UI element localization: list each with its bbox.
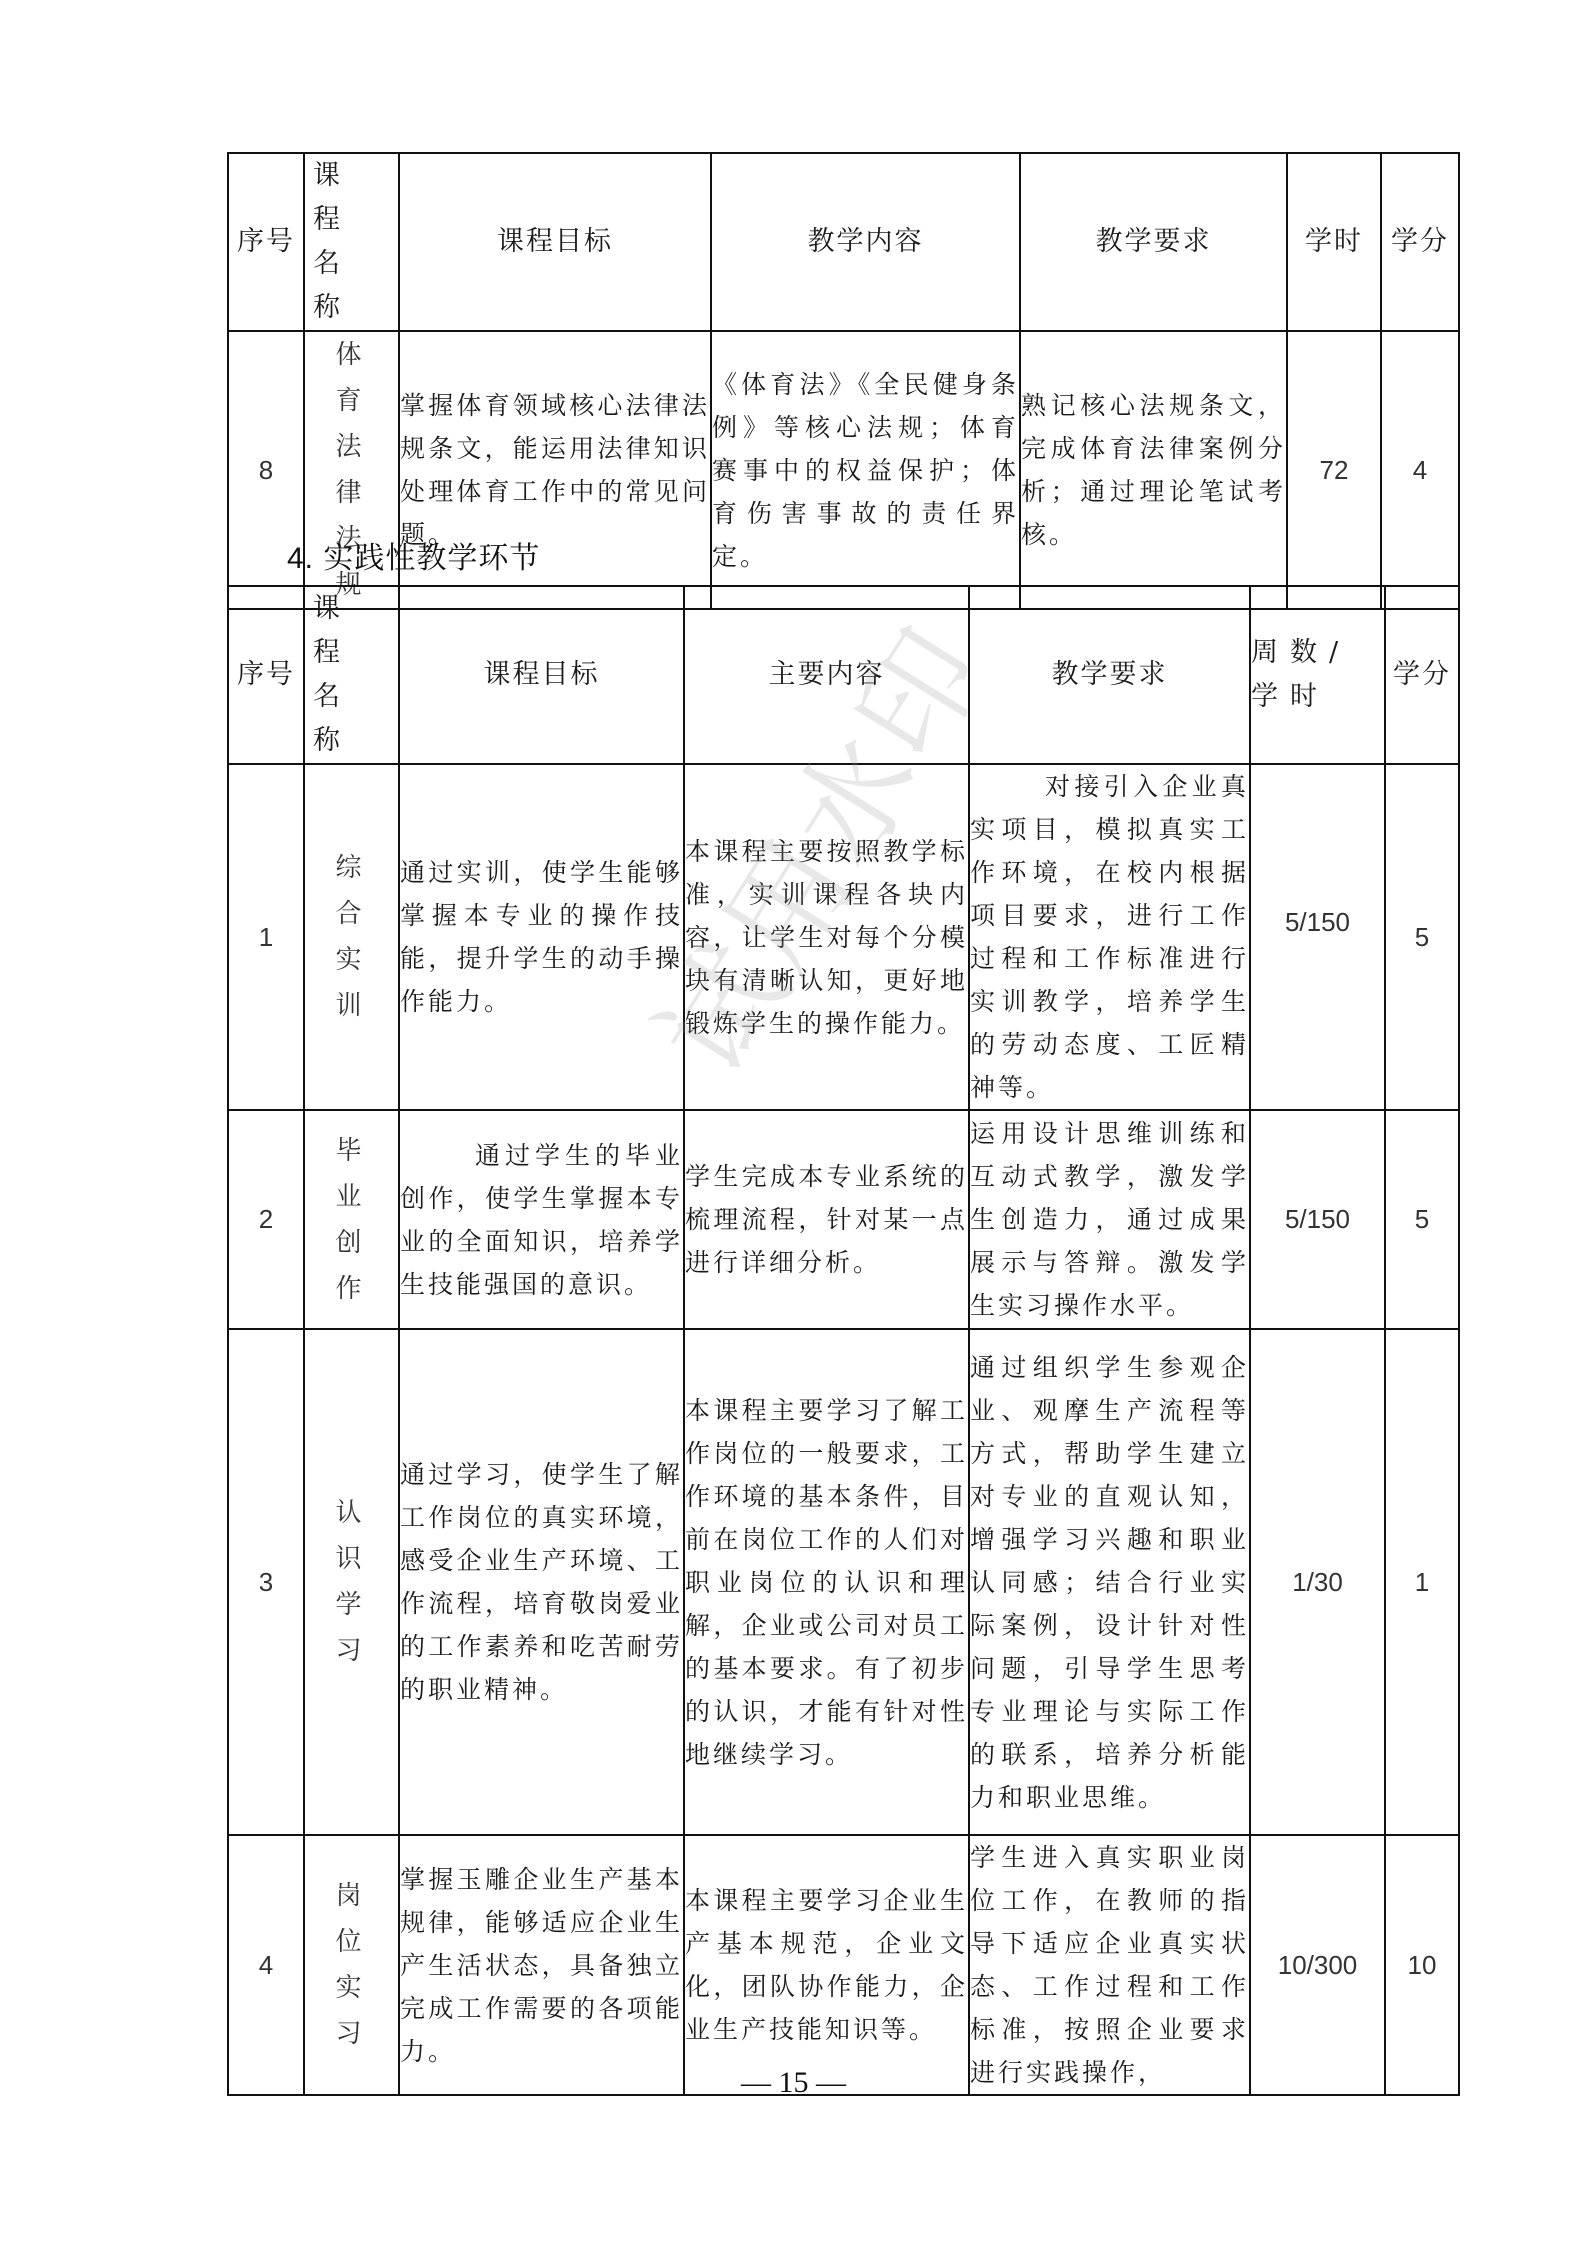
row-requirement: 通过组织学生参观企业、观摩生产流程等方式，帮助学生建立对专业的直观认知，增强学习… bbox=[969, 1329, 1250, 1835]
table-row: 1 综合实训 通过实训，使学生能够掌握本专业的操作技能，提升学生的动手操作能力。… bbox=[228, 764, 1459, 1110]
header-course-name: 课程名称 bbox=[304, 586, 399, 764]
header-course-name: 课程名称 bbox=[304, 153, 399, 331]
row-weeks-hours: 5/150 bbox=[1250, 764, 1385, 1110]
header-requirement: 教学要求 bbox=[969, 586, 1250, 764]
section-heading: 4. 实践性教学环节 bbox=[287, 533, 540, 577]
table-row: 2 毕业创作 通过学生的毕业创作，使学生掌握本专业的全面知识，培养学生技能强国的… bbox=[228, 1110, 1459, 1329]
row-no: 4 bbox=[228, 1835, 304, 2095]
row-content: 本课程主要学习企业生产基本规范，企业文化，团队协作能力，企业生产技能知识等。 bbox=[684, 1835, 969, 2095]
header-hours: 学时 bbox=[1287, 153, 1381, 331]
header-main-content: 主要内容 bbox=[684, 586, 969, 764]
row-course-name: 综合实训 bbox=[304, 764, 399, 1110]
header-credits: 学分 bbox=[1381, 153, 1459, 331]
document-page: 序号 课程名称 课程目标 教学内容 教学要求 学时 学分 8 体育法律法规 掌握… bbox=[0, 0, 1587, 2245]
header-no: 序号 bbox=[228, 586, 304, 764]
row-goal: 通过学生的毕业创作，使学生掌握本专业的全面知识，培养学生技能强国的意识。 bbox=[399, 1110, 684, 1329]
row-no: 2 bbox=[228, 1110, 304, 1329]
header-weeks-hours: 周数/学时 bbox=[1250, 586, 1385, 764]
header-requirement: 教学要求 bbox=[1020, 153, 1287, 331]
table-row: 4 岗位实习 掌握玉雕企业生产基本规律，能够适应企业生产生活状态，具备独立完成工… bbox=[228, 1835, 1459, 2095]
row-credits: 10 bbox=[1385, 1835, 1459, 2095]
row-credits: 5 bbox=[1385, 764, 1459, 1110]
row-content: 学生完成本专业系统的梳理流程，针对某一点进行详细分析。 bbox=[684, 1110, 969, 1329]
row-goal: 通过实训，使学生能够掌握本专业的操作技能，提升学生的动手操作能力。 bbox=[399, 764, 684, 1110]
header-no: 序号 bbox=[228, 153, 304, 331]
course-name-text: 认识学习 bbox=[322, 1490, 382, 1674]
course-name-text: 岗位实习 bbox=[322, 1873, 382, 2057]
row-weeks-hours: 5/150 bbox=[1250, 1110, 1385, 1329]
row-course-name: 毕业创作 bbox=[304, 1110, 399, 1329]
header-course-name-text: 课程名称 bbox=[313, 587, 369, 763]
page-number: — 15 — bbox=[0, 2066, 1587, 2100]
practice-table: 序号 课程名称 课程目标 主要内容 教学要求 周数/学时 学分 1 综合实训 通… bbox=[227, 585, 1460, 2096]
table-header-row: 序号 课程名称 课程目标 主要内容 教学要求 周数/学时 学分 bbox=[228, 586, 1459, 764]
row-content: 本课程主要学习了解工作岗位的一般要求，工作环境的基本条件，目前在岗位工作的人们对… bbox=[684, 1329, 969, 1835]
row-course-name: 岗位实习 bbox=[304, 1835, 399, 2095]
row-requirement: 对接引入企业真实项目，模拟真实工作环境，在校内根据项目要求，进行工作过程和工作标… bbox=[969, 764, 1250, 1110]
table-header-row: 序号 课程名称 课程目标 教学内容 教学要求 学时 学分 bbox=[228, 153, 1459, 331]
row-course-name: 认识学习 bbox=[304, 1329, 399, 1835]
row-goal: 通过学习，使学生了解工作岗位的真实环境，感受企业生产环境、工作流程，培育敬岗爱业… bbox=[399, 1329, 684, 1835]
row-no: 3 bbox=[228, 1329, 304, 1835]
course-name-text: 毕业创作 bbox=[322, 1128, 382, 1312]
row-weeks-hours: 10/300 bbox=[1250, 1835, 1385, 2095]
header-course-name-text: 课程名称 bbox=[313, 154, 369, 330]
row-credits: 4 bbox=[1381, 331, 1459, 609]
header-goal: 课程目标 bbox=[399, 153, 711, 331]
table-row: 3 认识学习 通过学习，使学生了解工作岗位的真实环境，感受企业生产环境、工作流程… bbox=[228, 1329, 1459, 1835]
row-content: 《体育法》《全民健身条例》等核心法规；体育赛事中的权益保护；体育伤害事故的责任界… bbox=[711, 331, 1020, 609]
course-name-text: 综合实训 bbox=[322, 845, 382, 1029]
row-hours: 72 bbox=[1287, 331, 1381, 609]
row-goal: 掌握玉雕企业生产基本规律，能够适应企业生产生活状态，具备独立完成工作需要的各项能… bbox=[399, 1835, 684, 2095]
row-content: 本课程主要按照教学标准，实训课程各块内容，让学生对每个分模块有清晰认知，更好地锻… bbox=[684, 764, 969, 1110]
row-requirement: 熟记核心法规条文，完成体育法律案例分析；通过理论笔试考核。 bbox=[1020, 331, 1287, 609]
row-requirement: 运用设计思维训练和互动式教学，激发学生创造力，通过成果展示与答辩。激发学生实习操… bbox=[969, 1110, 1250, 1329]
row-credits: 1 bbox=[1385, 1329, 1459, 1835]
header-goal: 课程目标 bbox=[399, 586, 684, 764]
row-requirement: 学生进入真实职业岗位工作，在教师的指导下适应企业真实状态、工作过程和工作标准，按… bbox=[969, 1835, 1250, 2095]
row-credits: 5 bbox=[1385, 1110, 1459, 1329]
header-credits: 学分 bbox=[1385, 586, 1459, 764]
row-weeks-hours: 1/30 bbox=[1250, 1329, 1385, 1835]
row-no: 1 bbox=[228, 764, 304, 1110]
header-content: 教学内容 bbox=[711, 153, 1020, 331]
